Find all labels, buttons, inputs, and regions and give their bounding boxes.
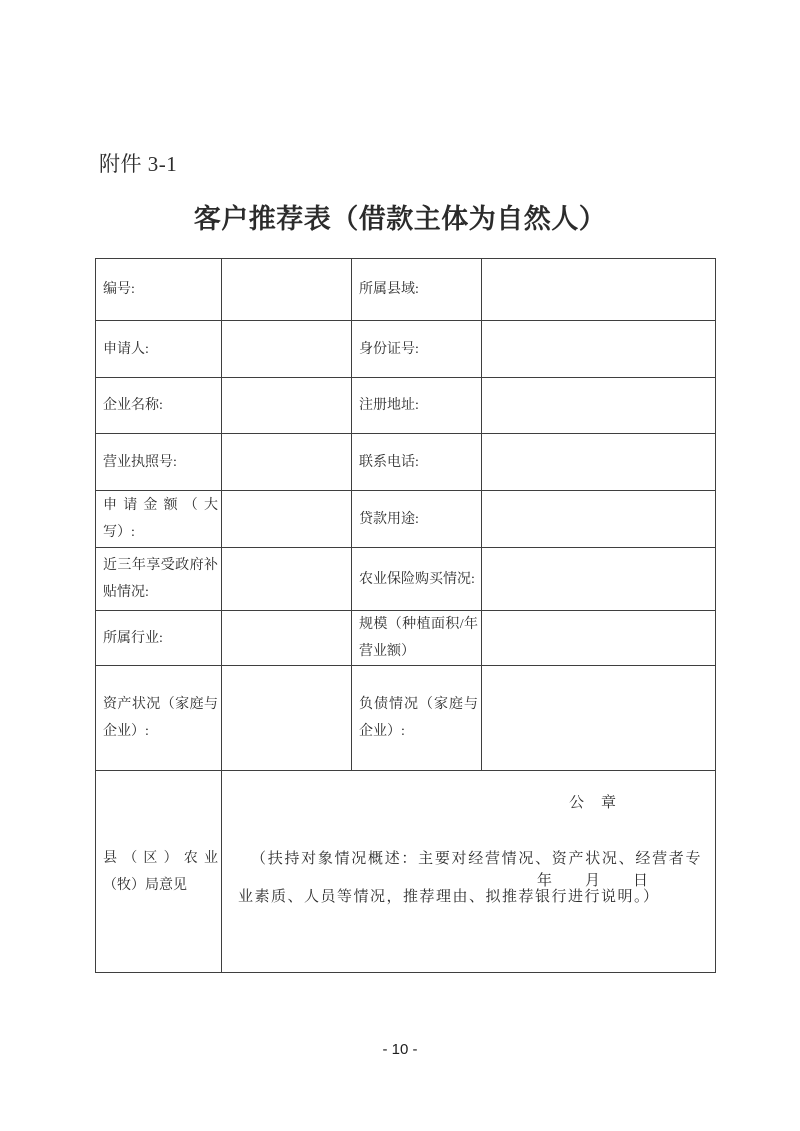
field-input-cell — [482, 259, 716, 321]
seal-label: 公 章 — [537, 790, 649, 816]
field-label-cell: 贷款用途: — [352, 491, 482, 548]
field-label-cell: 企业名称: — [96, 378, 222, 434]
field-input-cell — [222, 378, 352, 434]
field-label-cell: 所属行业: — [96, 611, 222, 666]
table-row: 企业名称: 注册地址: — [96, 378, 716, 434]
field-label-cell: 联系电话: — [352, 434, 482, 491]
field-label-cell: 营业执照号: — [96, 434, 222, 491]
table-row: 近三年享受政府补贴情况: 农业保险购买情况: — [96, 548, 716, 611]
field-input-cell — [222, 611, 352, 666]
field-input-cell — [482, 321, 716, 378]
field-label-cell: 申请人: — [96, 321, 222, 378]
table-row: 所属行业: 规模（种植面积/年营业额） — [96, 611, 716, 666]
seal-block: 公 章 年 月 日 — [537, 771, 649, 947]
recommendation-form-table: 编号: 所属县域: 申请人: 身份证号: 企业名称: 注册地址: 营业执照号: — [95, 258, 716, 973]
field-input-cell — [482, 666, 716, 771]
opinion-row: 县（区）农业（牧）局意见 （扶持对象情况概述：主要对经营情况、资产状况、经营者专… — [96, 771, 716, 973]
table-row: 申请人: 身份证号: — [96, 321, 716, 378]
opinion-label-cell: 县（区）农业（牧）局意见 — [96, 771, 222, 973]
field-label-cell: 身份证号: — [352, 321, 482, 378]
field-input-cell — [222, 321, 352, 378]
field-input-cell — [222, 666, 352, 771]
field-input-cell — [482, 611, 716, 666]
field-input-cell — [222, 259, 352, 321]
table-row: 申请金额（大写）: 贷款用途: — [96, 491, 716, 548]
document-page: 附件 3-1 客户推荐表（借款主体为自然人） 编号: 所属县域: 申请人: 身份… — [0, 0, 800, 1131]
table-row: 营业执照号: 联系电话: — [96, 434, 716, 491]
field-input-cell — [222, 434, 352, 491]
field-label-cell: 所属县域: — [352, 259, 482, 321]
form-title: 客户推荐表（借款主体为自然人） — [0, 197, 800, 236]
field-label-cell: 资产状况（家庭与企业）: — [96, 666, 222, 771]
field-input-cell — [222, 548, 352, 611]
field-label-cell: 注册地址: — [352, 378, 482, 434]
field-label-cell: 农业保险购买情况: — [352, 548, 482, 611]
table-row: 编号: 所属县域: — [96, 259, 716, 321]
opinion-content-cell: （扶持对象情况概述：主要对经营情况、资产状况、经营者专业素质、人员等情况，推荐理… — [222, 771, 716, 973]
date-line: 年 月 日 — [537, 868, 649, 894]
field-input-cell — [482, 378, 716, 434]
field-input-cell — [482, 434, 716, 491]
table-row: 资产状况（家庭与企业）: 负债情况（家庭与企业）: — [96, 666, 716, 771]
page-number: - 10 - — [0, 1041, 800, 1058]
field-label-cell: 编号: — [96, 259, 222, 321]
field-label-cell: 负债情况（家庭与企业）: — [352, 666, 482, 771]
field-label-cell: 近三年享受政府补贴情况: — [96, 548, 222, 611]
field-input-cell — [222, 491, 352, 548]
attachment-label: 附件 3-1 — [99, 148, 177, 178]
field-label-cell: 申请金额（大写）: — [96, 491, 222, 548]
field-label-cell: 规模（种植面积/年营业额） — [352, 611, 482, 666]
field-input-cell — [482, 548, 716, 611]
field-input-cell — [482, 491, 716, 548]
